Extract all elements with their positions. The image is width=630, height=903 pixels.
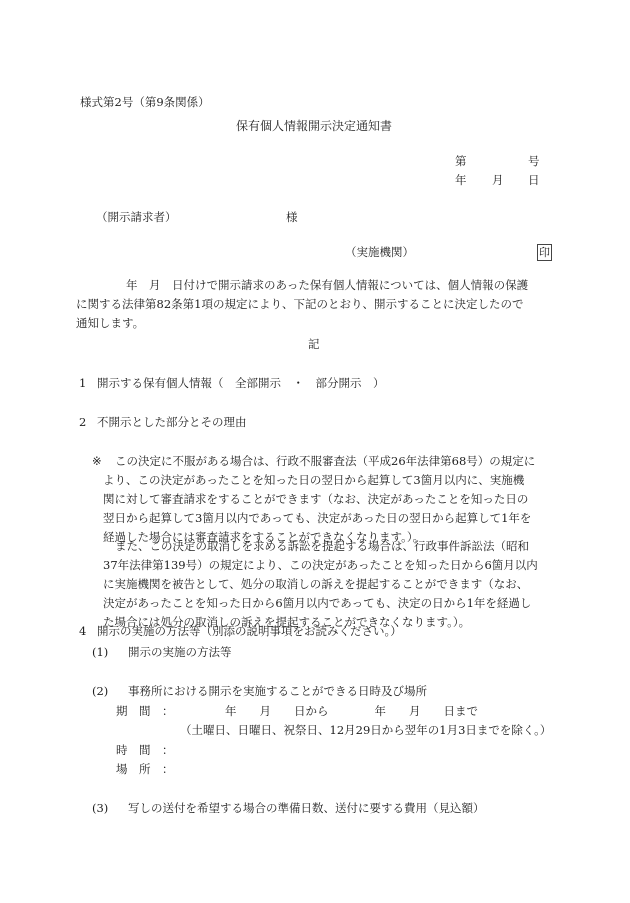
note1-line-3: 関に対して審査請求をすることができます（なお、決定があったことを知った日の	[103, 490, 563, 509]
date-day: 日	[528, 175, 540, 187]
item-2-label: 不開示とした部分とその理由	[97, 417, 247, 429]
note2-line-3: に実施機関を被告として、処分の取消しの訴えを提起することができます（なお、	[103, 575, 563, 594]
form-number: 様式第2号（第9条関係）	[80, 97, 210, 109]
period-note: （土曜日、日曜日、祝祭日、12月29日から翌年の1月3日までを除く。）	[180, 725, 551, 737]
period-value: 年 月 日から 年 月 日まで	[225, 706, 478, 718]
period-label: 期 間 ：	[116, 706, 174, 718]
item-4-number: 4	[79, 626, 86, 638]
note-mark: ※	[92, 456, 102, 468]
requester-label: （開示請求者）	[96, 212, 177, 224]
place-label: 場 所 ：	[116, 764, 174, 776]
seal-mark: 印	[537, 244, 552, 261]
sub-1-number: (1)	[92, 647, 108, 659]
ki-heading: 記	[308, 339, 320, 351]
intro-line-1: 年 月 日付けで開示請求のあった保有個人情報については、個人情報の保護	[76, 276, 560, 295]
sub-3-number: (3)	[92, 803, 108, 815]
note2-line-2: 37年法律第139号）の規定により、この決定があったことを知った日から6箇月以内	[103, 556, 563, 575]
note2-line-1: また、この決定の取消しを求める訴訟を提起する場合は、行政事件訴訟法（昭和	[103, 537, 563, 556]
doc-number-prefix: 第	[455, 156, 467, 168]
note2-line-4: 決定があったことを知った日から6箇月以内であっても、決定の日から1年を経過し	[103, 594, 563, 613]
item-1-number: 1	[79, 378, 86, 390]
sub-2-label: 事務所における開示を実施することができる日時及び場所	[128, 686, 427, 698]
doc-number-suffix: 号	[528, 156, 540, 168]
note1-line-2: より、この決定があったことを知った日の翌日から起算して3箇月以内に、実施機	[103, 471, 563, 490]
requester-honorific: 様	[286, 212, 298, 224]
note1-line-1: この決定に不服がある場合は、行政不服審査法（平成26年法律第68号）の規定に	[103, 452, 563, 471]
date-month: 月	[492, 175, 504, 187]
time-label: 時 間 ：	[116, 745, 174, 757]
intro-line-3: 通知します。	[76, 314, 560, 333]
note-paragraph-2: また、この決定の取消しを求める訴訟を提起する場合は、行政事件訴訟法（昭和 37年…	[103, 537, 563, 632]
document-title: 保有個人情報開示決定通知書	[236, 120, 392, 132]
intro-line-2: に関する法律第82条第1項の規定により、下記のとおり、開示することに決定したので	[76, 295, 560, 314]
date-year: 年	[455, 175, 467, 187]
note1-line-4: 翌日から起算して3箇月以内であっても、決定があった日の翌日から起算して1年を	[103, 509, 563, 528]
intro-paragraph: 年 月 日付けで開示請求のあった保有個人情報については、個人情報の保護 に関する…	[76, 276, 560, 333]
item-2-number: 2	[79, 417, 86, 429]
item-4-label: 開示の実施の方法等（別添の説明事項をお読みください。）	[97, 626, 402, 638]
sub-2-number: (2)	[92, 686, 108, 698]
sub-1-label: 開示の実施の方法等	[128, 647, 232, 659]
note-paragraph-1: この決定に不服がある場合は、行政不服審査法（平成26年法律第68号）の規定に よ…	[103, 452, 563, 547]
item-1-label: 開示する保有個人情報（ 全部開示 ・ 部分開示 ）	[97, 378, 385, 390]
issuer-label: （実施機関）	[345, 247, 414, 259]
sub-3-label: 写しの送付を希望する場合の準備日数、送付に要する費用（見込額）	[128, 803, 485, 815]
